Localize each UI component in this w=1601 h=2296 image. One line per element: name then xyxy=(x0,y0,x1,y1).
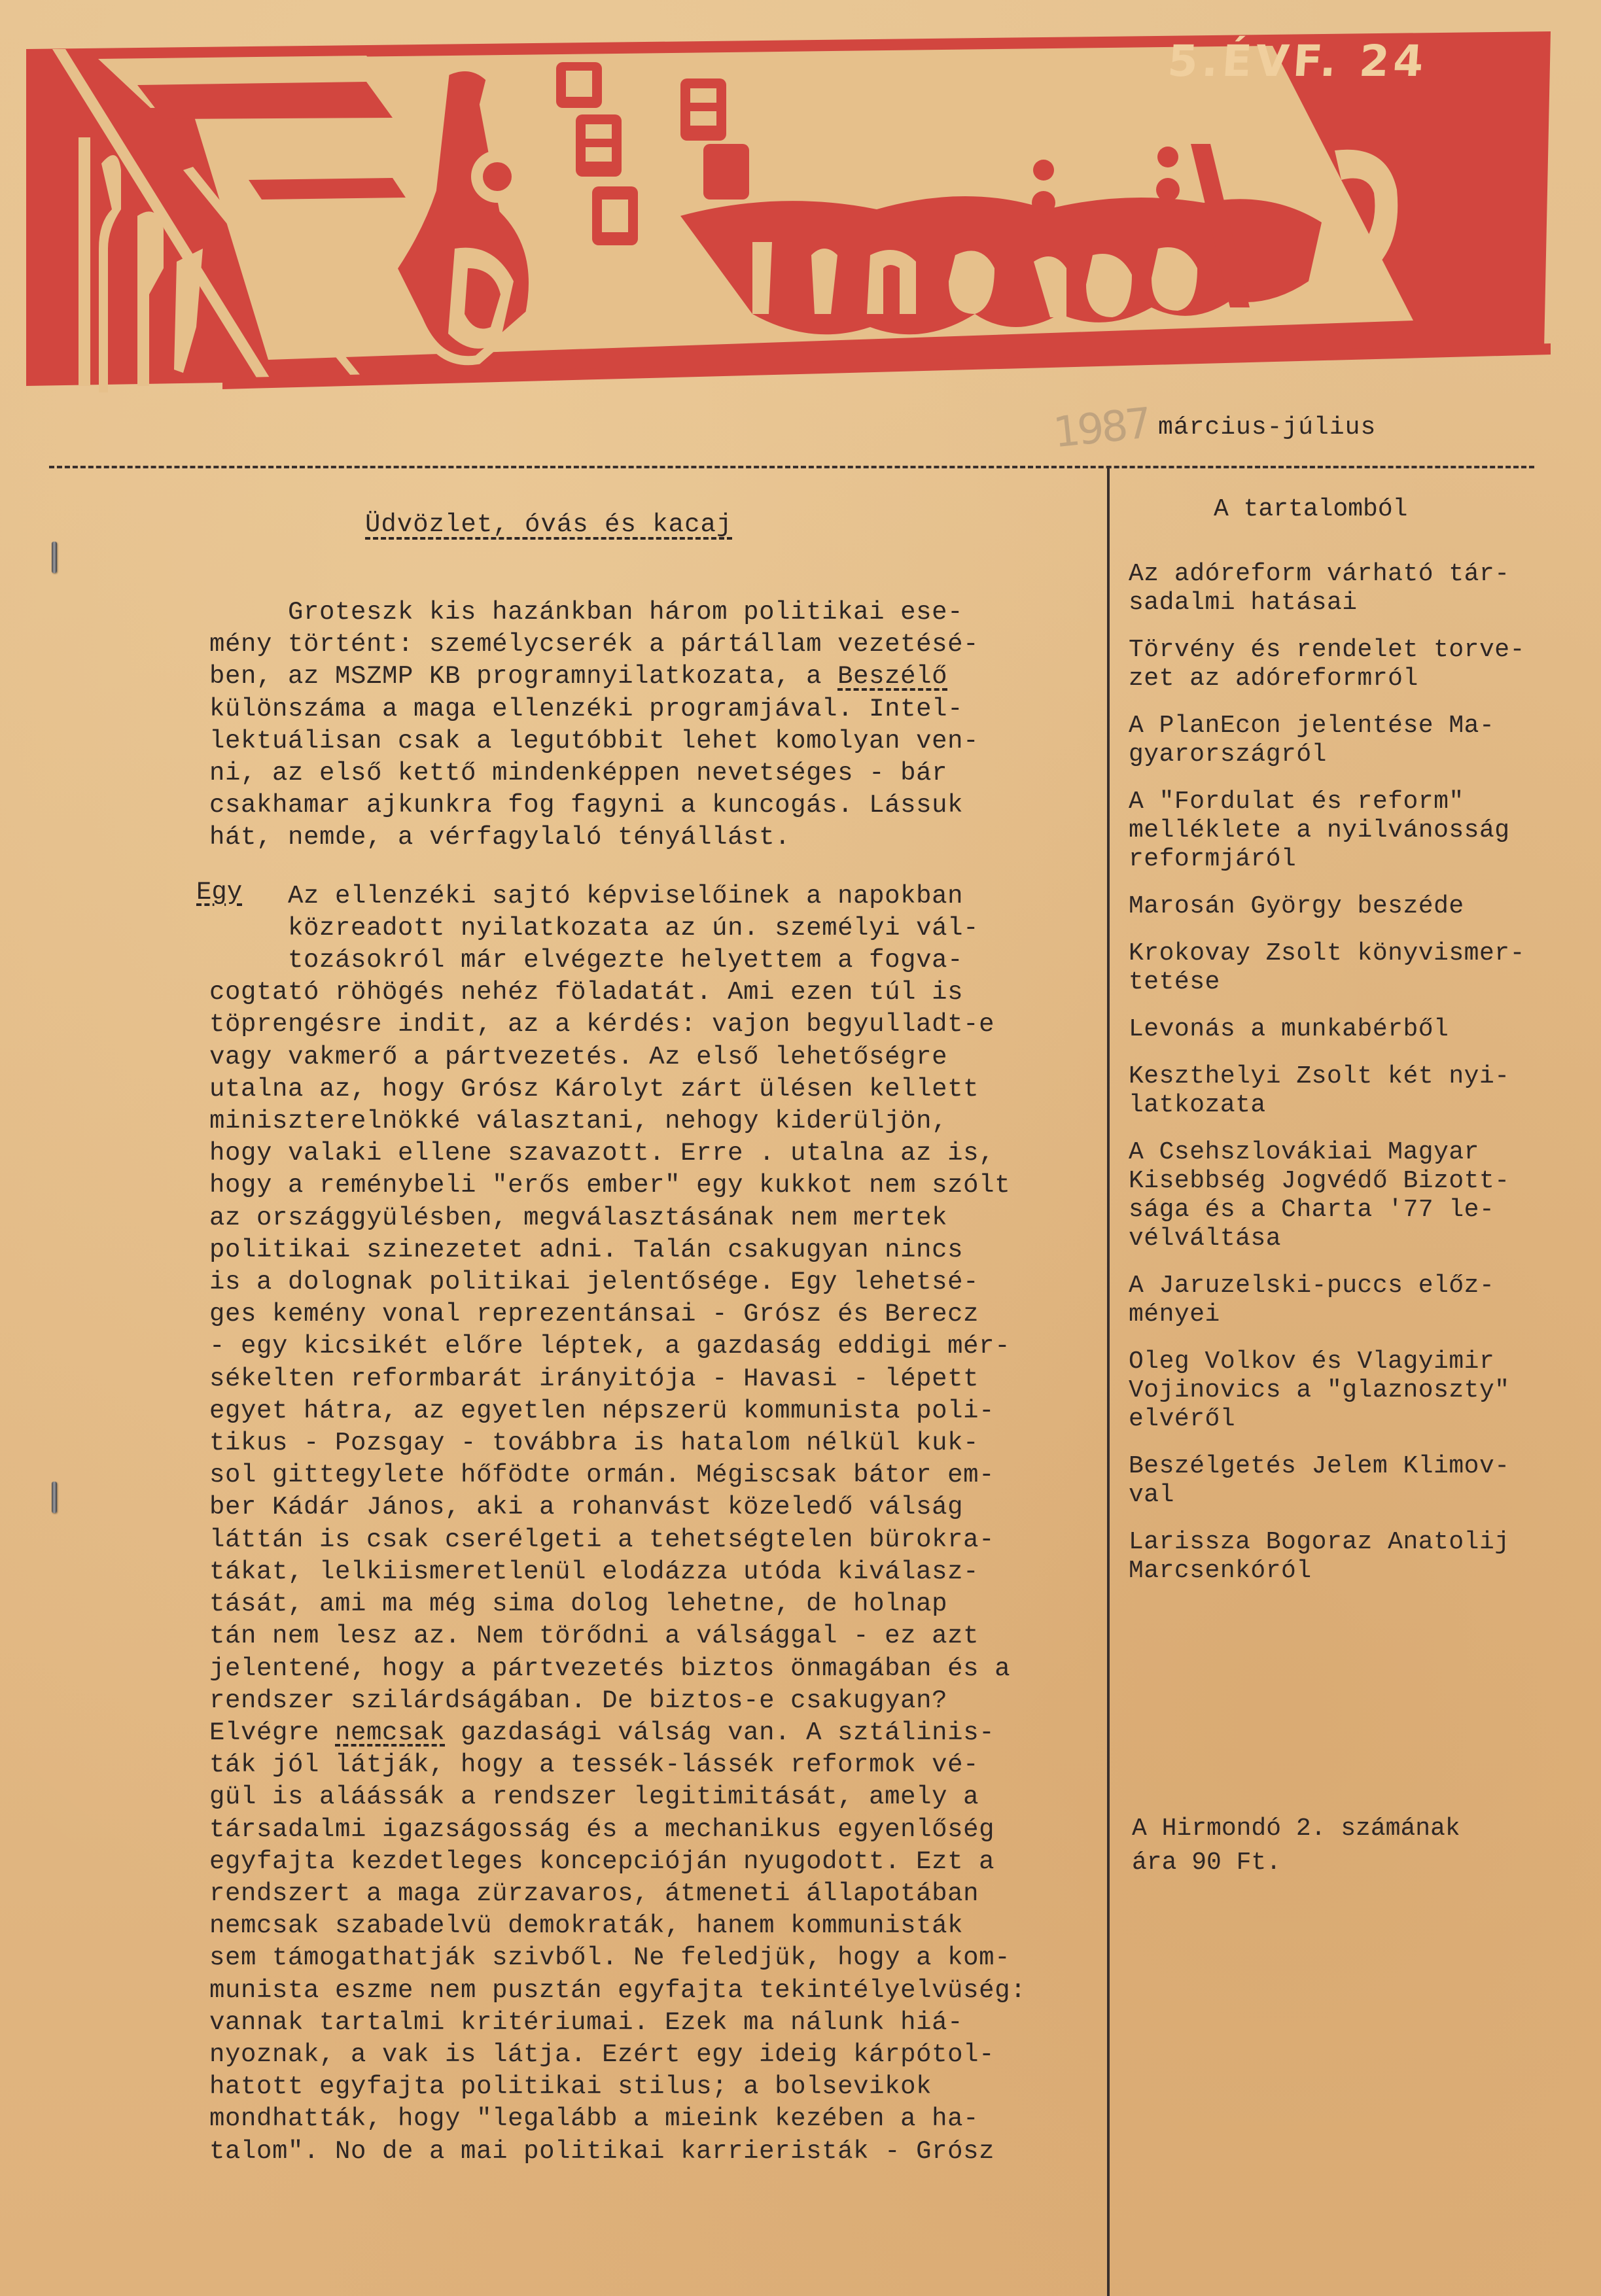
toc-item: A Jaruzelski-puccs előz- ményei xyxy=(1129,1272,1587,1329)
article-line: nemcsak szabadelvü demokraták, hanem kom… xyxy=(209,1910,1106,1942)
article-line: ges kemény vonal reprezentánsai - Grósz … xyxy=(209,1298,1106,1331)
article-line: jelentené, hogy a pártvezetés biztos önm… xyxy=(209,1653,1106,1685)
table-of-contents: A tartalomból Az adóreform várható tár- … xyxy=(1129,495,1587,1604)
article-line: hogy valaki ellene szavazott. Erre . uta… xyxy=(209,1138,1106,1170)
article-line: lektuálisan csak a legutóbbit lehet komo… xyxy=(209,725,1106,757)
article-line: tikus - Pozsgay - továbbra is hatalom né… xyxy=(209,1427,1106,1459)
toc-item: Oleg Volkov és Vlagyimir Vojinovics a "g… xyxy=(1129,1348,1587,1434)
toc-item: Az adóreform várható tár- sadalmi hatása… xyxy=(1129,560,1587,617)
article-line: hatott egyfajta politikai stilus; a bols… xyxy=(209,2071,1106,2103)
article-line: ni, az első kettő mindenképpen nevetsége… xyxy=(209,757,1106,790)
toc-item: A PlanEcon jelentése Ma- gyarországról xyxy=(1129,712,1587,769)
article-line: - egy kicsikét előre léptek, a gazdaság … xyxy=(209,1331,1106,1363)
masthead-logo: 5.ÉVF. 24 xyxy=(26,20,1570,406)
article-line: tán nem lesz az. Nem törődni a válsággal… xyxy=(209,1620,1106,1652)
article-line: közreadott nyilatkozata az ún. személyi … xyxy=(209,913,1106,945)
toc-item: Larissza Bogoraz Anatolij Marcsenkóról xyxy=(1129,1528,1587,1586)
article-line: tozásokról már elvégezte helyettem a fog… xyxy=(209,945,1106,977)
article-line: Groteszk kis hazánkban három politikai e… xyxy=(209,597,1106,629)
staple-icon xyxy=(52,1482,57,1513)
article-line: hogy a reménybeli "erős ember" egy kukko… xyxy=(209,1170,1106,1202)
toc-item: A "Fordulat és reform" melléklete a nyil… xyxy=(1129,788,1587,874)
article-line: sem támogathatják szivből. Ne feledjük, … xyxy=(209,1942,1106,1974)
main-article: Üdvözlet, óvás és kacaj Egy Groteszk kis… xyxy=(209,510,1106,2168)
article-line: csakhamar ajkunkra fog fagyni a kuncogás… xyxy=(209,790,1106,822)
article-line: talom". No de a mai politikai karrierist… xyxy=(209,2136,1106,2168)
toc-item: Törvény és rendelet torve- zet az adóref… xyxy=(1129,636,1587,693)
article-line: vagy vakmerő a pártvezetés. Az első lehe… xyxy=(209,1041,1106,1073)
toc-item: A Csehszlovákiai Magyar Kisebbség Jogvéd… xyxy=(1129,1138,1587,1253)
article-line: gül is aláássák a rendszer legitimitását… xyxy=(209,1781,1106,1813)
article-line: különszáma a maga ellenzéki programjával… xyxy=(209,693,1106,725)
article-line: rendszert a maga zürzavaros, átmeneti ál… xyxy=(209,1878,1106,1910)
toc-item: Levonás a munkabérből xyxy=(1129,1015,1587,1044)
article-line: Elvégre nemcsak gazdasági válság van. A … xyxy=(209,1717,1106,1749)
article-line: utalna az, hogy Grósz Károlyt zárt ülése… xyxy=(209,1073,1106,1105)
toc-heading: A tartalomból xyxy=(1214,495,1587,523)
article-line: ták jól látják, hogy a tessék-lássék ref… xyxy=(209,1749,1106,1781)
article-line: egyfajta kezdetleges koncepcióján nyugod… xyxy=(209,1846,1106,1878)
article-line: láttán is csak cserélgeti a tehetségtele… xyxy=(209,1524,1106,1556)
article-line: töprengésre indit, az a kérdés: vajon be… xyxy=(209,1009,1106,1041)
article-line: tákat, lelkiismeretlenül elodázza utóda … xyxy=(209,1556,1106,1588)
article-line: mondhatták, hogy "legalább a mieink kezé… xyxy=(209,2103,1106,2135)
article-line: hát, nemde, a vérfagylaló tényállást. xyxy=(209,822,1106,854)
margin-note: Egy xyxy=(196,878,242,907)
article-line: Az ellenzéki sajtó képviselőinek a napok… xyxy=(209,880,1106,913)
article-line: cogtató röhögés nehéz föladatát. Ami eze… xyxy=(209,977,1106,1009)
article-line: ben, az MSZMP KB programnyilatkozata, a … xyxy=(209,661,1106,693)
article-line: ber Kádár János, aki a rohanvást közeled… xyxy=(209,1491,1106,1523)
article-line: társadalmi igazságosság és a mechanikus … xyxy=(209,1814,1106,1846)
article-line: politikai szinezetet adni. Talán csakugy… xyxy=(209,1234,1106,1266)
price-note: A Hirmondó 2. számának ára 90 Ft. xyxy=(1132,1812,1460,1880)
pencil-annotation-year: 1987 xyxy=(1051,400,1152,458)
staple-icon xyxy=(52,542,57,573)
toc-item: Beszélgetés Jelem Klimov- val xyxy=(1129,1452,1587,1510)
article-line: vannak tartalmi kritériumai. Ezek ma nál… xyxy=(209,2007,1106,2039)
article-title: Üdvözlet, óvás és kacaj xyxy=(365,510,1106,539)
issue-date-range: március-július xyxy=(1158,413,1376,442)
article-line: sol gittegylete hőfödte ormán. Mégiscsak… xyxy=(209,1459,1106,1491)
article-line: miniszterelnökké választani, nehogy kide… xyxy=(209,1105,1106,1138)
article-line: is a dolognak politikai jelentősége. Egy… xyxy=(209,1266,1106,1298)
article-line: tását, ami ma még sima dolog lehetne, de… xyxy=(209,1588,1106,1620)
article-paragraph: Groteszk kis hazánkban három politikai e… xyxy=(209,597,1106,854)
toc-item: Marosán György beszéde xyxy=(1129,892,1587,921)
article-line: mény történt: személycserék a pártállam … xyxy=(209,629,1106,661)
toc-item: Keszthelyi Zsolt két nyi- latkozata xyxy=(1129,1062,1587,1120)
article-line: munista eszme nem pusztán egyfajta tekin… xyxy=(209,1975,1106,2007)
toc-item: Krokovay Zsolt könyvismer- tetése xyxy=(1129,939,1587,997)
article-line: az országgyülésben, megválasztásának nem… xyxy=(209,1202,1106,1234)
article-line: nyoznak, a vak is látja. Ezért egy ideig… xyxy=(209,2039,1106,2071)
article-paragraph: Az ellenzéki sajtó képviselőinek a napok… xyxy=(209,880,1106,2168)
article-line: egyet hátra, az egyetlen népszerü kommun… xyxy=(209,1395,1106,1427)
column-divider xyxy=(1107,467,1110,2296)
article-line: sékelten reformbarát irányitója - Havasi… xyxy=(209,1363,1106,1395)
article-line: rendszer szilárdságában. De biztos-e csa… xyxy=(209,1685,1106,1717)
issue-number-tag: 5.ÉVF. 24 xyxy=(1166,36,1429,86)
toc-list: Az adóreform várható tár- sadalmi hatása… xyxy=(1129,560,1587,1586)
horizontal-divider xyxy=(49,466,1534,468)
